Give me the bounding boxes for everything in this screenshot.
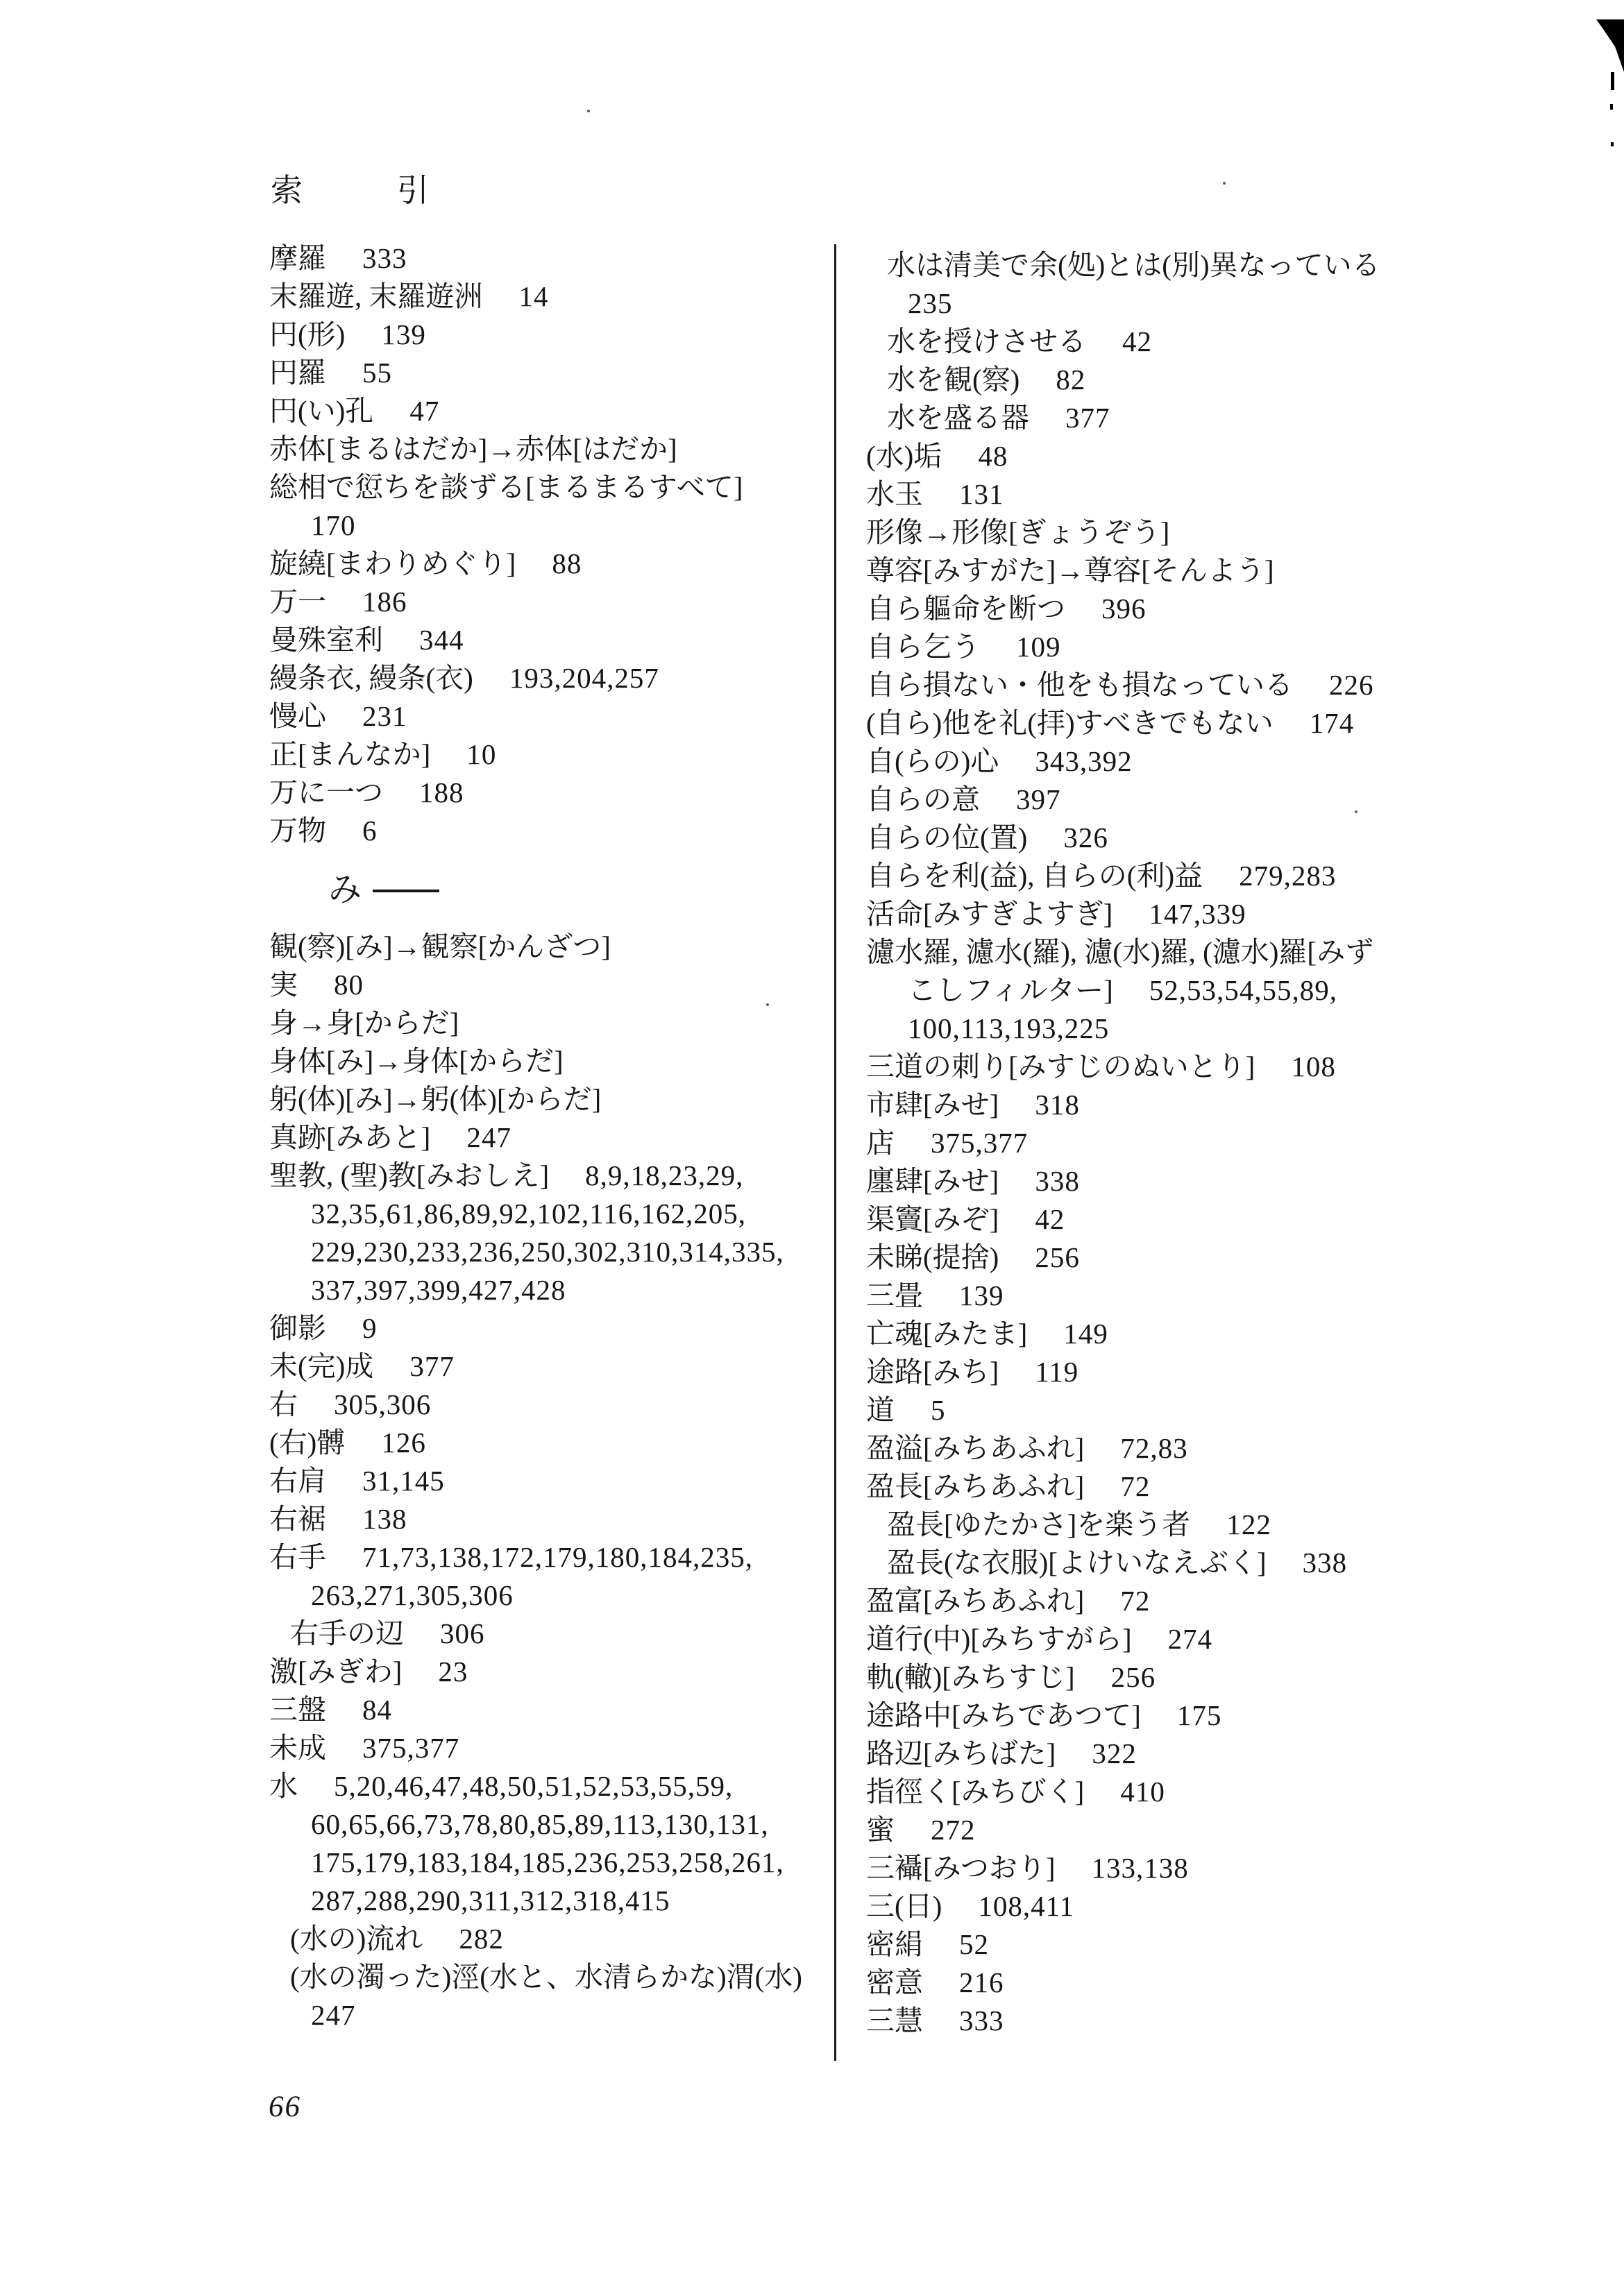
index-entry-line: 身体[み]→身体[からだ] (269, 1042, 818, 1080)
entry-pages: 71,73,138,172,179,180,184,235, (362, 1541, 753, 1573)
entry-pages: 344 (419, 624, 464, 656)
index-entry-line: 慢心231 (269, 697, 818, 735)
entry-term: 実 (269, 969, 298, 1001)
entry-term: 未成 (269, 1732, 326, 1764)
entry-pages: 256 (1035, 1241, 1080, 1273)
index-entry-line: 水5,20,46,47,48,50,51,52,53,55,59, (269, 1767, 818, 1805)
entry-pages: 131 (959, 478, 1004, 510)
index-entry-line: 亡魂[みたま]149 (866, 1315, 1498, 1353)
entry-term: 尊容[みすがた]→尊容[そんよう] (866, 554, 1274, 586)
entry-pages: 263,271,305,306 (311, 1579, 514, 1611)
entry-pages: 9 (362, 1312, 378, 1344)
entry-term: 自らを利(益), 自らの(利)益 (866, 860, 1203, 892)
entry-term: 未(完)成 (269, 1350, 373, 1382)
index-entry-line: 縵条衣, 縵条(衣)193,204,257 (269, 659, 818, 697)
entry-pages: 55 (362, 357, 392, 389)
entry-term: 曼殊室利 (269, 624, 383, 656)
index-entry-line: 市肆[みせ]318 (866, 1086, 1498, 1124)
index-entry-line: 三畳139 (866, 1277, 1498, 1315)
entry-pages: 410 (1120, 1776, 1165, 1808)
entry-term: 御影 (269, 1312, 326, 1344)
entry-term: 道 (866, 1394, 895, 1426)
entry-term: 密意 (866, 1966, 923, 1998)
index-entry-line: 御影9 (269, 1309, 818, 1347)
index-entry-line: 235 (866, 284, 1498, 323)
entry-pages: 5,20,46,47,48,50,51,52,53,55,59, (334, 1770, 733, 1802)
index-entry-line: 密絹52 (866, 1925, 1498, 1964)
entry-term: 路辺[みちばた] (866, 1737, 1056, 1769)
entry-term: 三盤 (269, 1694, 326, 1726)
index-entry-line: 廛肆[みせ]338 (866, 1162, 1498, 1200)
index-entry-line: 店375,377 (866, 1124, 1498, 1162)
entry-term: 右裾 (269, 1503, 326, 1535)
entry-term: こしフィルター] (908, 974, 1113, 1006)
entry-pages: 42 (1122, 325, 1152, 357)
entry-term: 赤体[まるはだか]→赤体[はだか] (269, 433, 677, 465)
scan-speckle (1355, 810, 1357, 813)
entry-pages: 247 (466, 1121, 511, 1153)
entry-term: 活命[みすぎよすぎ] (866, 898, 1113, 930)
index-entry-line: 道5 (866, 1391, 1498, 1429)
index-entry-line: 赤体[まるはだか]→赤体[はだか] (269, 430, 818, 468)
entry-term: 右 (269, 1388, 298, 1420)
entry-pages: 337,397,399,427,428 (311, 1274, 566, 1306)
index-entry-line: 末羅遊, 末羅遊洲14 (269, 278, 818, 316)
entry-term: 水を盛る器 (887, 402, 1029, 434)
index-entry-line: 自ら乞う109 (866, 628, 1498, 666)
scan-artifact-corner (1596, 19, 1624, 72)
entry-pages: 133,138 (1092, 1852, 1189, 1884)
index-entry-line: 摩羅333 (269, 239, 818, 278)
entry-pages: 175 (1177, 1699, 1222, 1731)
entry-term: 身→身[からだ] (269, 1007, 459, 1039)
index-entry-line: 自らを利(益), 自らの(利)益279,283 (866, 857, 1498, 895)
index-entry-line: 247 (269, 1996, 818, 2034)
entry-term: 真跡[みあと] (269, 1121, 430, 1153)
column-divider (834, 244, 836, 2061)
entry-term: 店 (866, 1127, 895, 1159)
entry-term: 右手の辺 (290, 1617, 404, 1649)
entry-pages: 60,65,66,73,78,80,85,89,113,130,131, (311, 1808, 769, 1840)
entry-term: 三道の刺り[みすじのぬいとり] (866, 1051, 1255, 1082)
entry-pages: 52 (959, 1928, 989, 1960)
index-entry-line: 水を観(察)82 (866, 361, 1498, 399)
scanned-index-page: { "page": { "header": "索 引", "page_numbe… (0, 0, 1624, 2296)
entry-pages: 229,230,233,236,250,302,310,314,335, (311, 1236, 784, 1268)
entry-term: (水の)流れ (290, 1923, 423, 1955)
entry-pages: 10 (466, 738, 496, 770)
entry-term: (水)垢 (866, 440, 942, 472)
index-entry-line: 路辺[みちばた]322 (866, 1735, 1498, 1773)
index-entry-line: 旋繞[まわりめぐり]88 (269, 545, 818, 583)
entry-pages: 126 (381, 1427, 426, 1459)
index-entry-line: 軌(轍)[みちすじ]256 (866, 1658, 1498, 1697)
entry-pages: 170 (311, 509, 356, 541)
entry-term: 自ら軀命を断つ (866, 593, 1065, 624)
index-entry-line: 円羅55 (269, 354, 818, 392)
index-entry-line: 右手の辺306 (269, 1615, 818, 1653)
index-entry-line: 尊容[みすがた]→尊容[そんよう] (866, 552, 1498, 590)
entry-pages: 6 (362, 815, 378, 847)
index-entry-line: 未(完)成377 (269, 1347, 818, 1386)
scan-speckle (1223, 182, 1226, 185)
entry-pages: 108 (1291, 1051, 1336, 1082)
entry-pages: 397 (1016, 783, 1061, 815)
index-entry-line: 未睇(提捨)256 (866, 1239, 1498, 1277)
index-entry-line: 円(形)139 (269, 316, 818, 354)
index-entry-line: 正[まんなか]10 (269, 735, 818, 774)
entry-term: 聖教, (聖)教[みおしえ] (269, 1159, 549, 1191)
index-entry-line: 337,397,399,427,428 (269, 1271, 818, 1309)
entry-pages: 333 (959, 2005, 1004, 2036)
entry-pages: 8,9,18,23,29, (585, 1159, 743, 1191)
entry-term: (自ら)他を礼(拝)すべきでもない (866, 707, 1274, 739)
entry-pages: 305,306 (334, 1388, 431, 1420)
index-entry-line: 蜜272 (866, 1811, 1498, 1849)
entry-term: 指徑く[みちびく] (866, 1776, 1084, 1808)
entry-pages: 193,204,257 (509, 662, 659, 694)
entry-pages: 231 (362, 700, 407, 732)
index-entry-line: 水は清美で余(処)とは(別)異なっている (866, 246, 1498, 284)
index-entry-line: 右裾138 (269, 1500, 818, 1538)
scan-speckle (766, 1003, 769, 1006)
index-entry-line: 自ら軀命を断つ396 (866, 590, 1498, 628)
entry-pages: 84 (362, 1694, 392, 1726)
entry-term: 自ら損ない・他をも損なっている (866, 669, 1293, 701)
scan-artifact-tail (1610, 104, 1613, 110)
entry-term: 三襵[みつおり] (866, 1852, 1056, 1884)
entry-term: 万一 (269, 586, 326, 618)
index-entry-line: 指徑く[みちびく]410 (866, 1773, 1498, 1811)
index-entry-line: こしフィルター]52,53,54,55,89, (866, 971, 1498, 1010)
index-entry-line: 263,271,305,306 (269, 1576, 818, 1615)
index-entry-line: 円(い)孔47 (269, 392, 818, 430)
entry-pages: 226 (1329, 669, 1374, 701)
entry-term: 盈長[みちあふれ] (866, 1470, 1084, 1502)
entry-term: 三慧 (866, 2005, 923, 2036)
entry-pages: 72 (1120, 1585, 1150, 1617)
scan-artifact-tail (1611, 72, 1614, 90)
entry-pages: 377 (409, 1350, 455, 1382)
index-entry-line: 229,230,233,236,250,302,310,314,335, (269, 1233, 818, 1271)
entry-term: 盈溢[みちあふれ] (866, 1432, 1084, 1464)
entry-pages: 318 (1035, 1089, 1080, 1121)
entry-term: 廛肆[みせ] (866, 1165, 999, 1197)
entry-pages: 322 (1092, 1737, 1137, 1769)
index-entry-line: (水の)流れ282 (269, 1920, 818, 1958)
entry-pages: 23 (438, 1656, 468, 1687)
entry-term: 自らの位(置) (866, 822, 1027, 853)
index-entry-line: 右手71,73,138,172,179,180,184,235, (269, 1538, 818, 1576)
index-entry-line: 聖教, (聖)教[みおしえ]8,9,18,23,29, (269, 1157, 818, 1195)
entry-term: 激[みぎわ] (269, 1656, 402, 1687)
index-entry-line: 170 (269, 507, 818, 545)
index-entry-line: 万に一つ188 (269, 774, 818, 812)
index-entry-line: 渠竇[みぞ]42 (866, 1200, 1498, 1239)
entry-pages: 216 (959, 1966, 1004, 1998)
entry-term: 縵条衣, 縵条(衣) (269, 662, 473, 694)
entry-term: 軌(轍)[みちすじ] (866, 1661, 1075, 1693)
index-entry-line: 盈長(な衣服)[よけいなえぶく]338 (866, 1544, 1498, 1582)
entry-term: 正[まんなか] (269, 738, 430, 770)
index-entry-line: 万物6 (269, 812, 818, 850)
entry-pages: 100,113,193,225 (908, 1012, 1109, 1044)
left-column: 摩羅333末羅遊, 末羅遊洲14円(形)139円羅55円(い)孔47赤体[まるは… (269, 239, 818, 2034)
index-entry-line: 観(察)[み]→観察[かんざつ] (269, 928, 818, 966)
entry-term: 末羅遊, 末羅遊洲 (269, 280, 483, 312)
entry-pages: 333 (362, 242, 407, 274)
index-entry-line: (自ら)他を礼(拝)すべきでもない174 (866, 704, 1498, 742)
entry-pages: 138 (362, 1503, 407, 1535)
entry-term: 右手 (269, 1541, 326, 1573)
index-entry-line: 活命[みすぎよすぎ]147,339 (866, 895, 1498, 933)
index-entry-line: 三盤84 (269, 1691, 818, 1729)
entry-term: (水の濁った)涇(水と、水清らかな)渭(水) (290, 1961, 802, 1993)
index-entry-line: 総相で愆ちを談ずる[まるまるすべて] (269, 468, 818, 507)
entry-term: (右)髆 (269, 1427, 345, 1459)
index-entry-line: (水)垢48 (866, 437, 1498, 475)
section-dash (373, 890, 439, 892)
entry-term: 右肩 (269, 1465, 326, 1497)
entry-term: 盈富[みちあふれ] (866, 1585, 1084, 1617)
entry-pages: 287,288,290,311,312,318,415 (311, 1885, 670, 1916)
entry-term: 円(形) (269, 318, 345, 350)
entry-pages: 282 (459, 1923, 504, 1955)
entry-pages: 47 (409, 395, 439, 427)
page-title-sakuin: 索 引 (271, 165, 460, 211)
right-column: 水は清美で余(処)とは(別)異なっている235水を授けさせる42水を観(察)82… (866, 246, 1498, 2040)
entry-term: 盈長(な衣服)[よけいなえぶく] (887, 1547, 1267, 1579)
index-entry-line: 287,288,290,311,312,318,415 (269, 1882, 818, 1920)
index-entry-line: 60,65,66,73,78,80,85,89,113,130,131, (269, 1805, 818, 1844)
index-entry-line: 実80 (269, 966, 818, 1004)
entry-term: 三(日) (866, 1890, 942, 1922)
entry-term: 自らの意 (866, 783, 980, 815)
entry-pages: 272 (931, 1814, 976, 1846)
index-entry-line: 三道の刺り[みすじのぬいとり]108 (866, 1048, 1498, 1086)
entry-term: 万物 (269, 815, 326, 847)
entry-term: 亡魂[みたま] (866, 1318, 1027, 1350)
entry-pages: 119 (1035, 1356, 1079, 1388)
entry-term: 自ら乞う (866, 631, 980, 663)
entry-pages: 175,179,183,184,185,236,253,258,261, (311, 1846, 784, 1878)
index-entry-line: 躬(体)[み]→躬(体)[からだ] (269, 1080, 818, 1119)
entry-pages: 149 (1063, 1318, 1108, 1350)
entry-pages: 5 (931, 1394, 946, 1426)
entry-pages: 32,35,61,86,89,92,102,116,162,205, (311, 1198, 746, 1230)
entry-term: 水は清美で余(処)とは(別)異なっている (887, 249, 1380, 281)
entry-pages: 42 (1035, 1203, 1065, 1235)
entry-pages: 48 (978, 440, 1008, 472)
index-entry-line: 身→身[からだ] (269, 1004, 818, 1042)
entry-term: 市肆[みせ] (866, 1089, 999, 1121)
entry-pages: 256 (1111, 1661, 1156, 1693)
entry-pages: 122 (1226, 1508, 1271, 1540)
entry-pages: 343,392 (1035, 745, 1132, 777)
entry-term: 円羅 (269, 357, 326, 389)
entry-pages: 82 (1056, 364, 1085, 396)
entry-pages: 326 (1063, 822, 1108, 853)
index-entry-line: 175,179,183,184,185,236,253,258,261, (269, 1844, 818, 1882)
entry-pages: 188 (419, 776, 464, 808)
entry-pages: 52,53,54,55,89, (1149, 974, 1337, 1006)
entry-term: 渠竇[みぞ] (866, 1203, 999, 1235)
entry-term: 蜜 (866, 1814, 895, 1846)
entry-pages: 396 (1101, 593, 1147, 624)
index-entry-line: 自ら損ない・他をも損なっている226 (866, 666, 1498, 704)
index-entry-line: 盈溢[みちあふれ]72,83 (866, 1429, 1498, 1468)
entry-pages: 80 (334, 969, 364, 1001)
entry-term: 万に一つ (269, 776, 383, 808)
entry-term: 躬(体)[み]→躬(体)[からだ] (269, 1083, 601, 1115)
index-entry-line: 濾水羅, 濾水(羅), 濾(水)羅, (濾水)羅[みず (866, 933, 1498, 971)
entry-pages: 247 (311, 1999, 356, 2031)
entry-pages: 274 (1168, 1623, 1213, 1655)
index-entry-line: 三(日)108,411 (866, 1887, 1498, 1925)
index-entry-line: 自(らの)心343,392 (866, 742, 1498, 781)
entry-pages: 109 (1016, 631, 1061, 663)
entry-pages: 375,377 (362, 1732, 459, 1764)
index-entry-line: 激[みぎわ]23 (269, 1653, 818, 1691)
entry-pages: 139 (959, 1279, 1004, 1311)
entry-pages: 338 (1303, 1547, 1348, 1579)
index-entry-line: 自らの位(置)326 (866, 819, 1498, 857)
index-entry-line: (水の濁った)涇(水と、水清らかな)渭(水) (269, 1958, 818, 1996)
entry-term: 濾水羅, 濾水(羅), 濾(水)羅, (濾水)羅[みず (866, 936, 1373, 968)
scan-speckle (587, 110, 590, 112)
index-entry-line: 水を盛る器377 (866, 399, 1498, 437)
entry-pages: 279,283 (1239, 860, 1336, 892)
entry-pages: 306 (440, 1617, 485, 1649)
entry-pages: 338 (1035, 1165, 1080, 1197)
index-entry-line: 途路中[みちであつて]175 (866, 1697, 1498, 1735)
page-number: 66 (269, 2090, 301, 2124)
index-entry-line: 水を授けさせる42 (866, 323, 1498, 361)
entry-pages: 139 (381, 318, 426, 350)
entry-term: 旋繞[まわりめぐり] (269, 547, 516, 579)
entry-pages: 186 (362, 586, 407, 618)
entry-term: 観(察)[み]→観察[かんざつ] (269, 930, 611, 962)
entry-term: 身体[み]→身体[からだ] (269, 1045, 564, 1077)
entry-term: 密絹 (866, 1928, 923, 1960)
index-entry-line: 自らの意397 (866, 781, 1498, 819)
index-entry-line: 水玉131 (866, 475, 1498, 513)
index-entry-line: 100,113,193,225 (866, 1010, 1498, 1048)
index-entry-line: 未成375,377 (269, 1729, 818, 1767)
entry-term: 水を観(察) (887, 364, 1020, 396)
entry-term: 自(らの)心 (866, 745, 999, 777)
entry-term: 水を授けさせる (887, 325, 1086, 357)
entry-pages: 31,145 (362, 1465, 445, 1497)
entry-pages: 14 (519, 280, 549, 312)
index-entry-line: (右)髆126 (269, 1424, 818, 1462)
index-entry-line: 盈長[みちあふれ]72 (866, 1468, 1498, 1506)
index-entry-line: 曼殊室利344 (269, 621, 818, 659)
entry-pages: 72,83 (1120, 1432, 1187, 1464)
entry-term: 水玉 (866, 478, 923, 510)
index-entry-line: 形像→形像[ぎょうぞう] (866, 513, 1498, 552)
entry-term: 三畳 (866, 1279, 923, 1311)
entry-pages: 72 (1120, 1470, 1150, 1502)
entry-term: 総相で愆ちを談ずる[まるまるすべて] (269, 471, 743, 503)
scan-artifact-tail (1611, 142, 1614, 146)
entry-term: 形像→形像[ぎょうぞう] (866, 516, 1169, 548)
entry-term: 道行(中)[みちすがら] (866, 1623, 1132, 1655)
entry-term: 摩羅 (269, 242, 326, 274)
entry-pages: 88 (552, 547, 582, 579)
index-entry-line: 右肩31,145 (269, 1462, 818, 1500)
entry-pages: 174 (1310, 707, 1355, 739)
index-entry-line: 盈富[みちあふれ]72 (866, 1582, 1498, 1620)
entry-term: 円(い)孔 (269, 395, 373, 427)
index-entry-line: 真跡[みあと]247 (269, 1119, 818, 1157)
index-entry-line: 途路[みち]119 (866, 1353, 1498, 1391)
entry-pages: 375,377 (931, 1127, 1028, 1159)
entry-term: 途路中[みちであつて] (866, 1699, 1141, 1731)
index-entry-line: 32,35,61,86,89,92,102,116,162,205, (269, 1195, 818, 1233)
entry-term: 慢心 (269, 700, 326, 732)
index-entry-line: 右305,306 (269, 1386, 818, 1424)
entry-pages: 377 (1065, 402, 1110, 434)
entry-pages: 108,411 (978, 1890, 1074, 1922)
entry-term: 未睇(提捨) (866, 1241, 999, 1273)
index-entry-line: 密意216 (866, 1964, 1498, 2002)
section-heading: み (269, 871, 818, 909)
index-entry-line: 盈長[ゆたかさ]を楽う者122 (866, 1506, 1498, 1544)
entry-term: 盈長[ゆたかさ]を楽う者 (887, 1508, 1190, 1540)
entry-term: 途路[みち] (866, 1356, 999, 1388)
entry-term: 水 (269, 1770, 298, 1802)
section-kana: み (328, 871, 362, 908)
index-entry-line: 万一186 (269, 583, 818, 621)
entry-pages: 147,339 (1149, 898, 1246, 930)
index-entry-line: 道行(中)[みちすがら]274 (866, 1620, 1498, 1658)
entry-pages: 235 (908, 287, 953, 319)
index-entry-line: 三慧333 (866, 2002, 1498, 2040)
index-entry-line: 三襵[みつおり]133,138 (866, 1849, 1498, 1887)
